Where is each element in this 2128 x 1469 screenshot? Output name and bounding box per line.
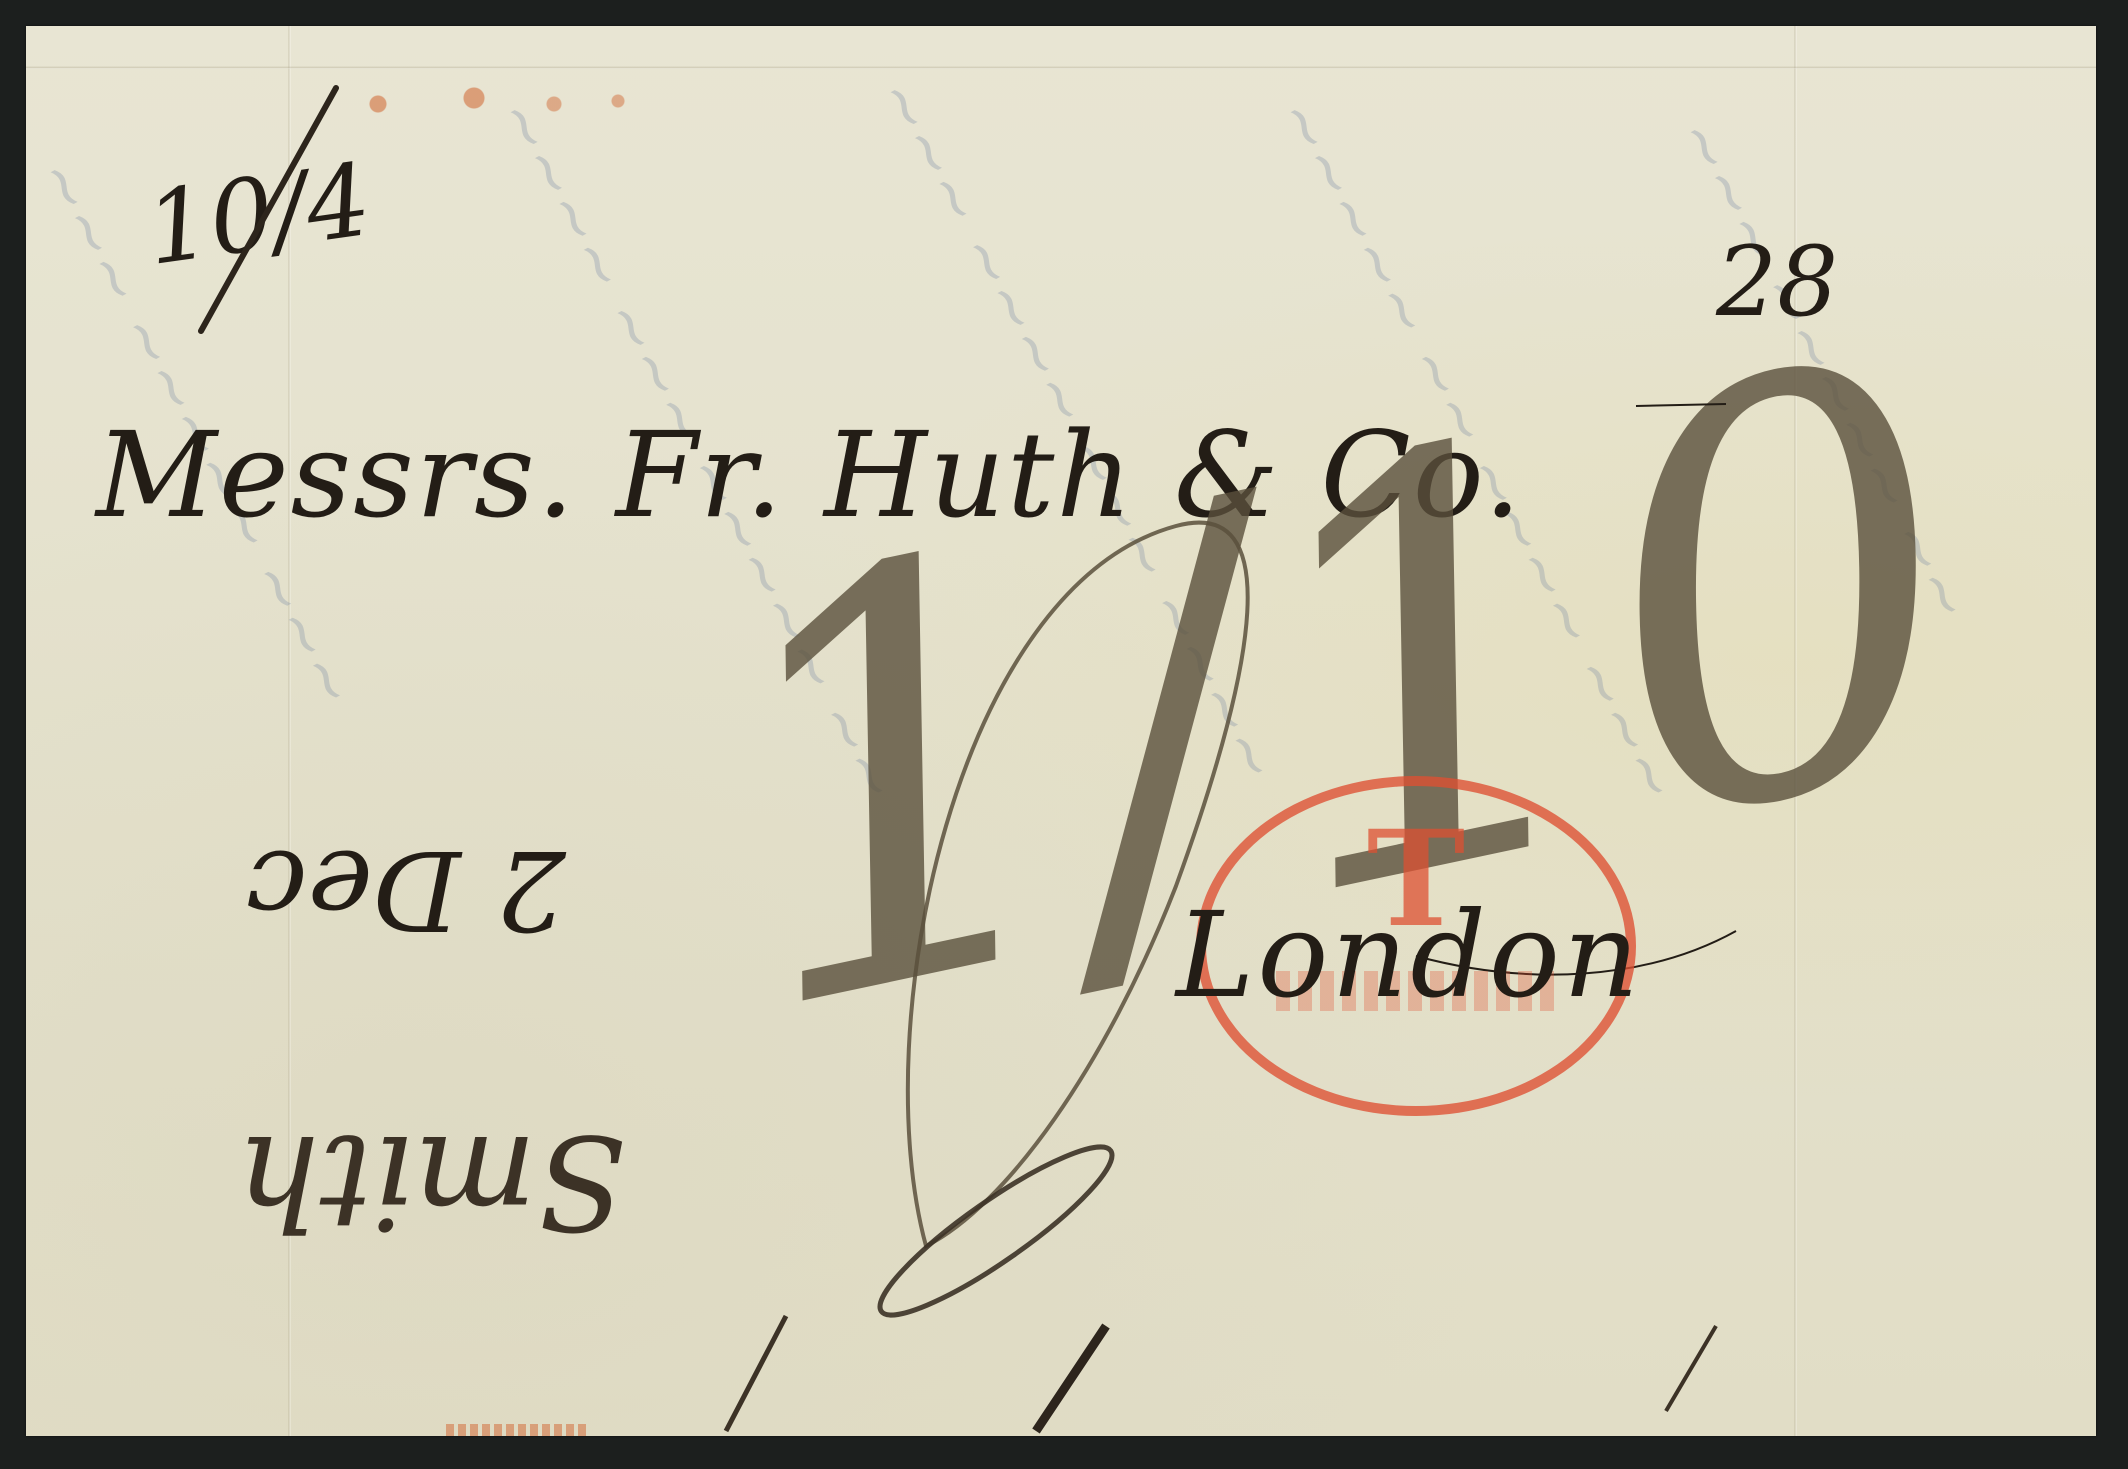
photo-stage: ~~~ ~~~~~ ~~~ ~~~~ ~~~ ~~~~~ ~~ ~~~ ~~~~… bbox=[0, 0, 2128, 1469]
folded-letter: ~~~ ~~~~~ ~~~ ~~~~ ~~~ ~~~~~ ~~ ~~~ ~~~~… bbox=[26, 26, 2096, 1436]
pen-strokes bbox=[26, 26, 2096, 1436]
destination-city: London bbox=[1176, 886, 1642, 1024]
